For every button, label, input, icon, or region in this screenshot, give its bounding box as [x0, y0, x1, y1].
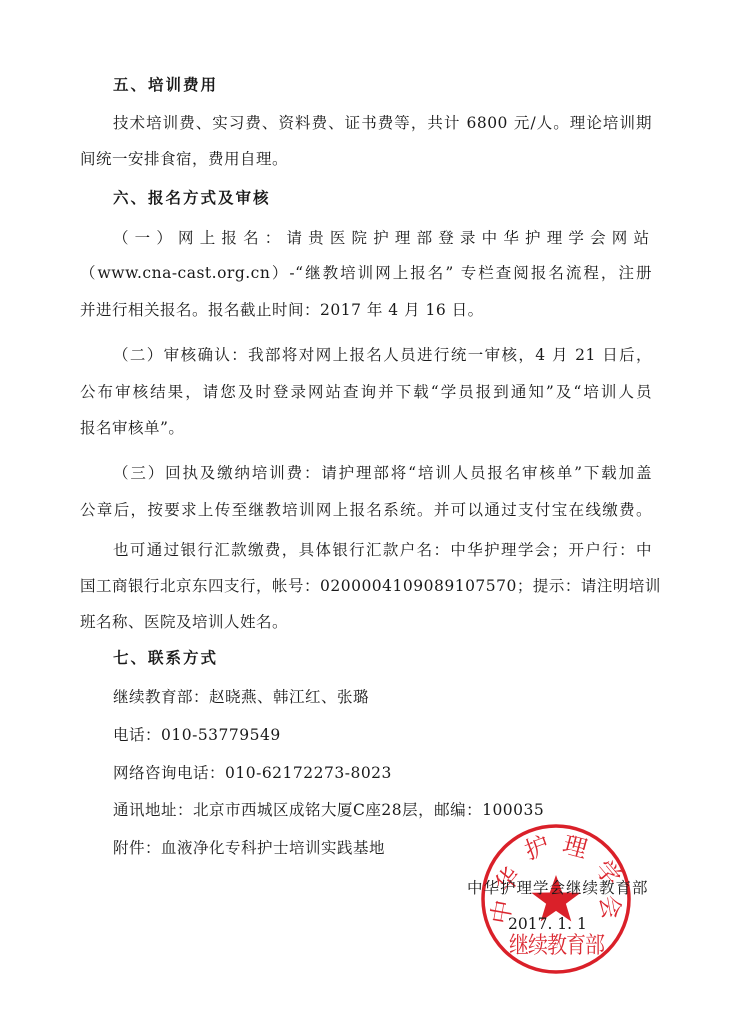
signature-date: 2017. 1. 1: [508, 915, 587, 933]
contact-phone: 电话：010-53779549: [113, 723, 652, 747]
contact-address: 通讯地址：北京市西城区成铭大厦C座28层，邮编：100035: [113, 798, 652, 822]
paragraph-line: （三）回执及缴纳培训费：请护理部将“培训人员报名审核单”下载加盖: [113, 461, 652, 485]
section-heading-registration: 六、报名方式及审核: [113, 186, 685, 210]
paragraph-line: 并进行相关报名。报名截止时间：2017 年 4 月 16 日。: [80, 298, 652, 322]
paragraph-line: 间统一安排食宿，费用自理。: [80, 147, 652, 171]
paragraph-line: 也可通过银行汇款缴费，具体银行汇款户名：中华护理学会；开户行：中: [113, 538, 652, 562]
contact-department: 继续教育部：赵晓燕、韩江红、张璐: [113, 685, 652, 709]
paragraph-line: （www.cna-cast.org.cn）-“继教培训网上报名” 专栏查阅报名流…: [80, 261, 652, 285]
signature-organization: 中华护理学会继续教育部: [467, 876, 649, 898]
paragraph-line: 公布审核结果，请您及时登录网站查询并下载“学员报到通知”及“培训人员: [80, 380, 652, 404]
paragraph-line: 技术培训费、实习费、资料费、证书费等，共计 6800 元/人。理论培训期: [113, 111, 652, 135]
paragraph-line: （二）审核确认：我部将对网上报名人员进行统一审核，4 月 21 日后，: [113, 343, 652, 367]
contact-online-phone: 网络咨询电话：010-62172273-8023: [113, 761, 652, 785]
section-heading-fees: 五、培训费用: [113, 73, 685, 97]
paragraph-line: 公章后，按要求上传至继教培训网上报名系统。并可以通过支付宝在线缴费。: [80, 498, 652, 522]
paragraph-line: （一）网上报名：请贵医院护理部登录中华护理学会网站: [113, 226, 652, 250]
paragraph-line: 报名审核单”。: [80, 416, 652, 440]
section-heading-contact: 七、联系方式: [113, 646, 685, 670]
paragraph-line: 国工商银行北京东四支行，帐号：0200004109089107570；提示：请注…: [80, 574, 652, 598]
paragraph-line: 班名称、医院及培训人姓名。: [80, 610, 652, 634]
